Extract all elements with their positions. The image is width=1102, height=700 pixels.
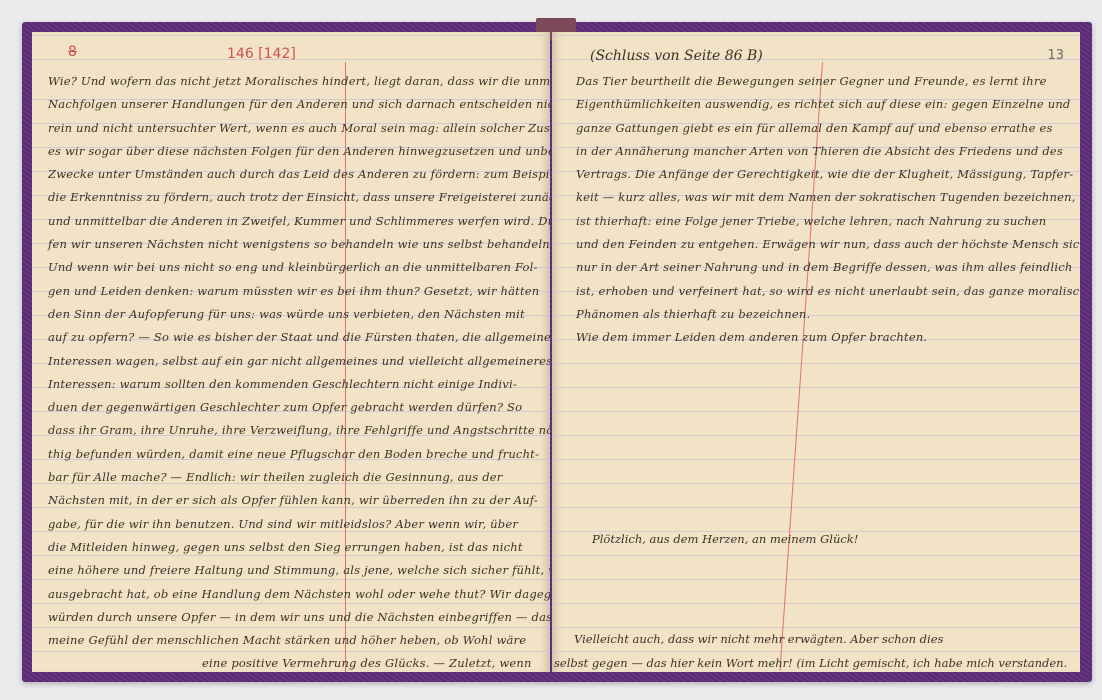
text-line: dass ihr Gram, ihre Unruhe, ihre Verzwei…: [32, 419, 550, 442]
section-heading: (Schluss von Seite 86 B): [590, 48, 763, 64]
right-page: 13 (Schluss von Seite 86 B) Das Tier beu…: [552, 32, 1080, 672]
text-line: rein und nicht untersuchter Wert, wenn e…: [32, 117, 550, 140]
left-page-text: Wie? Und wofern das nicht jetzt Moralisc…: [32, 70, 550, 672]
text-line: nur in der Art seiner Nahrung und in dem…: [552, 256, 1080, 279]
text-line: thig befunden würden, damit eine neue Pf…: [32, 443, 550, 466]
text-line: Vertrags. Die Anfänge der Gerechtigkeit,…: [552, 163, 1080, 186]
text-line: fen wir unseren Nächsten nicht wenigsten…: [32, 233, 550, 256]
text-line: ganze Gattungen giebt es ein für allemal…: [552, 117, 1080, 140]
text-line: Eigenthümlichkeiten auswendig, es richte…: [552, 93, 1080, 116]
text-line: Nächsten mit, in der er sich als Opfer f…: [32, 489, 550, 512]
text-line: gen und Leiden denken: warum müssten wir…: [32, 280, 550, 303]
footer-line: selbst gegen — das hier kein Wort mehr! …: [554, 656, 1067, 670]
text-line: ist thierhaft: eine Folge jener Triebe, …: [552, 210, 1080, 233]
text-line: Wie? Und wofern das nicht jetzt Moralisc…: [32, 70, 550, 93]
right-page-text: Das Tier beurtheilt die Bewegungen seine…: [552, 70, 1080, 350]
text-line: Interessen wagen, selbst auf ein gar nic…: [32, 350, 550, 373]
text-line: eine positive Vermehrung des Glücks. — Z…: [32, 652, 550, 672]
text-line: keit — kurz alles, was wir mit dem Namen…: [552, 186, 1080, 209]
text-line: Zwecke unter Umständen auch durch das Le…: [32, 163, 550, 186]
text-line: Interessen: warum sollten den kommenden …: [32, 373, 550, 396]
text-line: bar für Alle mache? — Endlich: wir theil…: [32, 466, 550, 489]
text-line: die Erkenntniss zu fördern, auch trotz d…: [32, 186, 550, 209]
text-line: in der Annäherung mancher Arten von Thie…: [552, 140, 1080, 163]
text-line: Und wenn wir bei uns nicht so eng und kl…: [32, 256, 550, 279]
text-line: Phänomen als thierhaft zu bezeichnen.: [552, 303, 1080, 326]
text-line: Wie dem immer Leiden dem anderen zum Opf…: [552, 326, 1080, 349]
text-line: es wir sogar über diese nächsten Folgen …: [32, 140, 550, 163]
text-line: meine Gefühl der menschlichen Macht stär…: [32, 629, 550, 652]
text-line: duen der gegenwärtigen Geschlechter zum …: [32, 396, 550, 419]
footer-line: Vielleicht auch, dass wir nicht mehr erw…: [574, 632, 943, 646]
text-line: ausgebracht hat, ob eine Handlung dem Nä…: [32, 583, 550, 606]
text-line: und unmittelbar die Anderen in Zweifel, …: [32, 210, 550, 233]
text-line: auf zu opfern? — So wie es bisher der St…: [32, 326, 550, 349]
text-line: gabe, für die wir ihn benutzen. Und sind…: [32, 513, 550, 536]
folio-annotation: 146 [142]: [227, 46, 296, 62]
text-line: Nachfolgen unserer Handlungen für den An…: [32, 93, 550, 116]
text-line: die Mitleiden hinweg, gegen uns selbst d…: [32, 536, 550, 559]
page-number: 13: [1047, 48, 1064, 63]
text-line: und den Feinden zu entgehen. Erwägen wir…: [552, 233, 1080, 256]
left-page: 8 146 [142] Wie? Und wofern das nicht je…: [32, 32, 550, 672]
text-line: den Sinn der Aufopferung für uns: was wü…: [32, 303, 550, 326]
text-line: eine höhere und freiere Haltung und Stim…: [32, 559, 550, 582]
text-line: würden durch unsere Opfer — in dem wir u…: [32, 606, 550, 629]
text-line: ist, erhoben und verfeinert hat, so wird…: [552, 280, 1080, 303]
middle-note: Plötzlich, aus dem Herzen, an meinem Glü…: [592, 532, 858, 546]
text-line: Das Tier beurtheilt die Bewegungen seine…: [552, 70, 1080, 93]
struck-page-annotation: 8: [68, 44, 77, 60]
